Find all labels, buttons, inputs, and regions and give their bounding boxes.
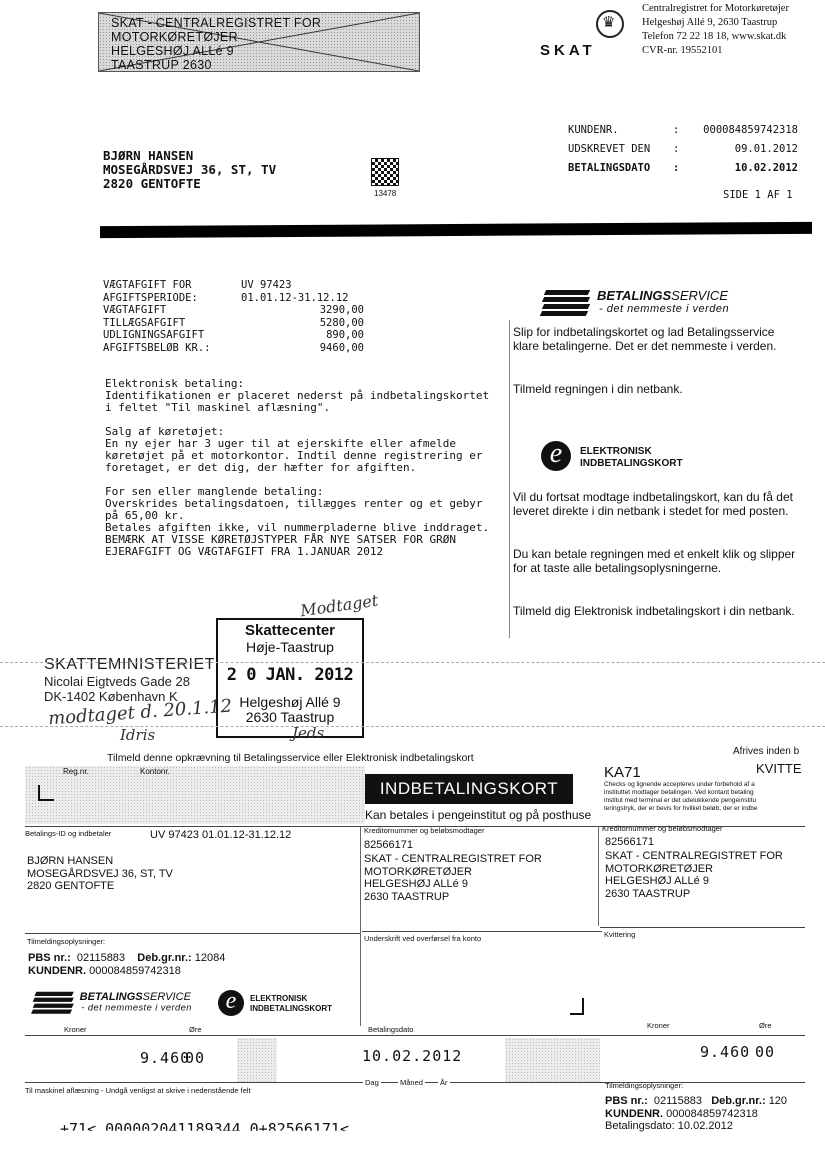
invoice-meta: KUNDENR.:000084859742318 UDSKREVET DEN:0… xyxy=(568,121,798,178)
receipt-amount-kroner: 9.460 xyxy=(700,1043,750,1061)
return-address-box: SKAT - CENTRALREGISTRET FOR MOTORKØRETØJ… xyxy=(98,12,420,72)
signature-field[interactable] xyxy=(364,944,586,1014)
qr-code-icon xyxy=(371,158,399,186)
slip-column-line xyxy=(360,826,361,1026)
column-divider xyxy=(509,320,510,638)
creditor-number: 82566171 xyxy=(364,839,413,852)
elektronisk-cta: Tilmeld dig Elektronisk indbetalingskort… xyxy=(513,604,803,618)
payer-id: UV 97423 01.01.12-31.12.12 xyxy=(150,829,291,841)
receipt-registration-info: PBS nr.: 02115883 Deb.gr.nr.: 120 KUNDEN… xyxy=(605,1095,787,1133)
receipt-terms: Checks og lignende accepteres under forb… xyxy=(604,781,804,813)
divider-bar xyxy=(100,222,812,238)
receipt-creditor-number: 82566171 xyxy=(605,836,654,849)
payment-notes: Elektronisk betaling: Identifikationen e… xyxy=(105,378,489,558)
fee-table: VÆGTAFGIFT FORUV 97423 AFGIFTSPERIODE:01… xyxy=(103,279,364,354)
amount-ore: 00 xyxy=(185,1049,205,1067)
skat-logo: SKAT xyxy=(540,42,596,59)
creditor-address: SKAT - CENTRALREGISTRET FORMOTORKØRETØJE… xyxy=(364,853,542,903)
betalingsservice-text: Slip for indbetalingskortet og lad Betal… xyxy=(513,325,803,353)
handwritten-note: Modtaget xyxy=(299,591,379,621)
received-stamp: Skattecenter Høje-Taastrup 2 0 JAN. 2012… xyxy=(216,618,364,738)
betalingsservice-logo: BETALINGSSERVICE - det nemmeste i verden xyxy=(541,288,729,316)
fee-row: AFGIFTSBELØB KR.:9460,00 xyxy=(103,342,364,355)
shaded-field xyxy=(237,1038,277,1082)
customer-number: 000084859742318 xyxy=(693,121,798,140)
slip-rule xyxy=(362,931,602,932)
elektronisk-e-icon: e xyxy=(218,990,244,1016)
page-indicator: SIDE 1 AF 1 xyxy=(723,189,793,201)
elektronisk-e-icon: e xyxy=(541,441,571,471)
fee-row: TILLÆGSAFGIFT5280,00 xyxy=(103,317,364,330)
fee-row: UDLIGNINGSAFGIFT890,00 xyxy=(103,329,364,342)
sender-info: Centralregistret for Motorkøretøjer Helg… xyxy=(642,2,789,58)
handwritten-name: Idris xyxy=(120,726,155,744)
betalingsservice-logo-small: BETALINGSSERVICE - det nemmeste i verden xyxy=(32,990,192,1014)
corner-mark xyxy=(570,998,584,1015)
barcode-number: 13478 xyxy=(374,189,396,198)
shaded-field xyxy=(505,1038,600,1082)
elektronisk-text: Du kan betale regningen med et enkelt kl… xyxy=(513,547,803,575)
return-line: TAASTRUP 2630 xyxy=(111,58,321,72)
payment-date: 10.02.2012 xyxy=(362,1047,462,1065)
elektronisk-title: ELEKTRONISKINDBETALINGSKORT xyxy=(580,446,683,470)
receipt-creditor-address: SKAT - CENTRALREGISTRET FORMOTORKØRETØJE… xyxy=(605,850,783,900)
slip-header: Tilmeld denne opkrævning til Betalingsse… xyxy=(107,752,474,764)
amount-rule xyxy=(25,1035,805,1036)
fee-row: VÆGTAFGIFT FORUV 97423 xyxy=(103,279,364,292)
slip-rule xyxy=(25,933,360,934)
slip-column-line xyxy=(598,826,599,926)
tear-off-note: Afrives inden b xyxy=(733,746,799,757)
betalingsservice-cta: Tilmeld regningen i din netbank. xyxy=(513,382,803,396)
return-line: MOTORKØRETØJER xyxy=(111,30,321,44)
indbetalingskort-title: INDBETALINGSKORT xyxy=(365,774,573,804)
registration-info: PBS nr.: 02115883 Deb.gr.nr.: 12084 KUND… xyxy=(28,952,225,977)
elektronisk-text: Vil du fortsat modtage indbetalingskort,… xyxy=(513,490,803,518)
fold-line xyxy=(0,726,825,727)
payer-address: BJØRN HANSENMOSEGÅRDSVEJ 36, ST, TV2820 … xyxy=(27,855,173,893)
receipt-title: KVITTE xyxy=(756,761,802,776)
machine-read-label: Til maskinel aflæsning - Undgå venligst … xyxy=(25,1086,251,1095)
amount-kroner: 9.460 xyxy=(140,1049,190,1067)
issued-date: 09.01.2012 xyxy=(693,140,798,159)
crown-icon xyxy=(596,10,624,38)
slip-rule xyxy=(600,927,805,928)
elektronisk-title-small: ELEKTRONISKINDBETALINGSKORT xyxy=(250,994,332,1014)
fee-row: AFGIFTSPERIODE:01.01.12-31.12.12 xyxy=(103,292,364,305)
betalingsservice-icon xyxy=(32,990,76,1014)
return-line: SKAT - CENTRALREGISTRET FOR xyxy=(111,16,321,30)
receipt-amount-ore: 00 xyxy=(755,1043,775,1061)
ministry-name: SKATTEMINISTERIET xyxy=(44,656,215,674)
stamp-date: 2 0 JAN. 2012 xyxy=(218,665,362,685)
due-date: 10.02.2012 xyxy=(693,159,798,178)
corner-mark xyxy=(38,785,54,801)
fee-row: VÆGTAFGIFT3290,00 xyxy=(103,304,364,317)
fold-line xyxy=(0,662,825,663)
betalingsservice-icon xyxy=(541,288,593,316)
account-entry-area[interactable]: Reg.nr. Kontonr. xyxy=(25,766,365,824)
return-line: HELGESHØJ ALLé 9 xyxy=(111,44,321,58)
indbetalingskort-subtitle: Kan betales i pengeinstitut og på posthu… xyxy=(365,808,591,822)
recipient-address: BJØRN HANSEN MOSEGÅRDSVEJ 36, ST, TV 282… xyxy=(103,149,276,191)
ocr-line: +71< 000002041189344 0+82566171< xyxy=(60,1120,349,1138)
card-type-code: KA71 xyxy=(604,764,641,781)
